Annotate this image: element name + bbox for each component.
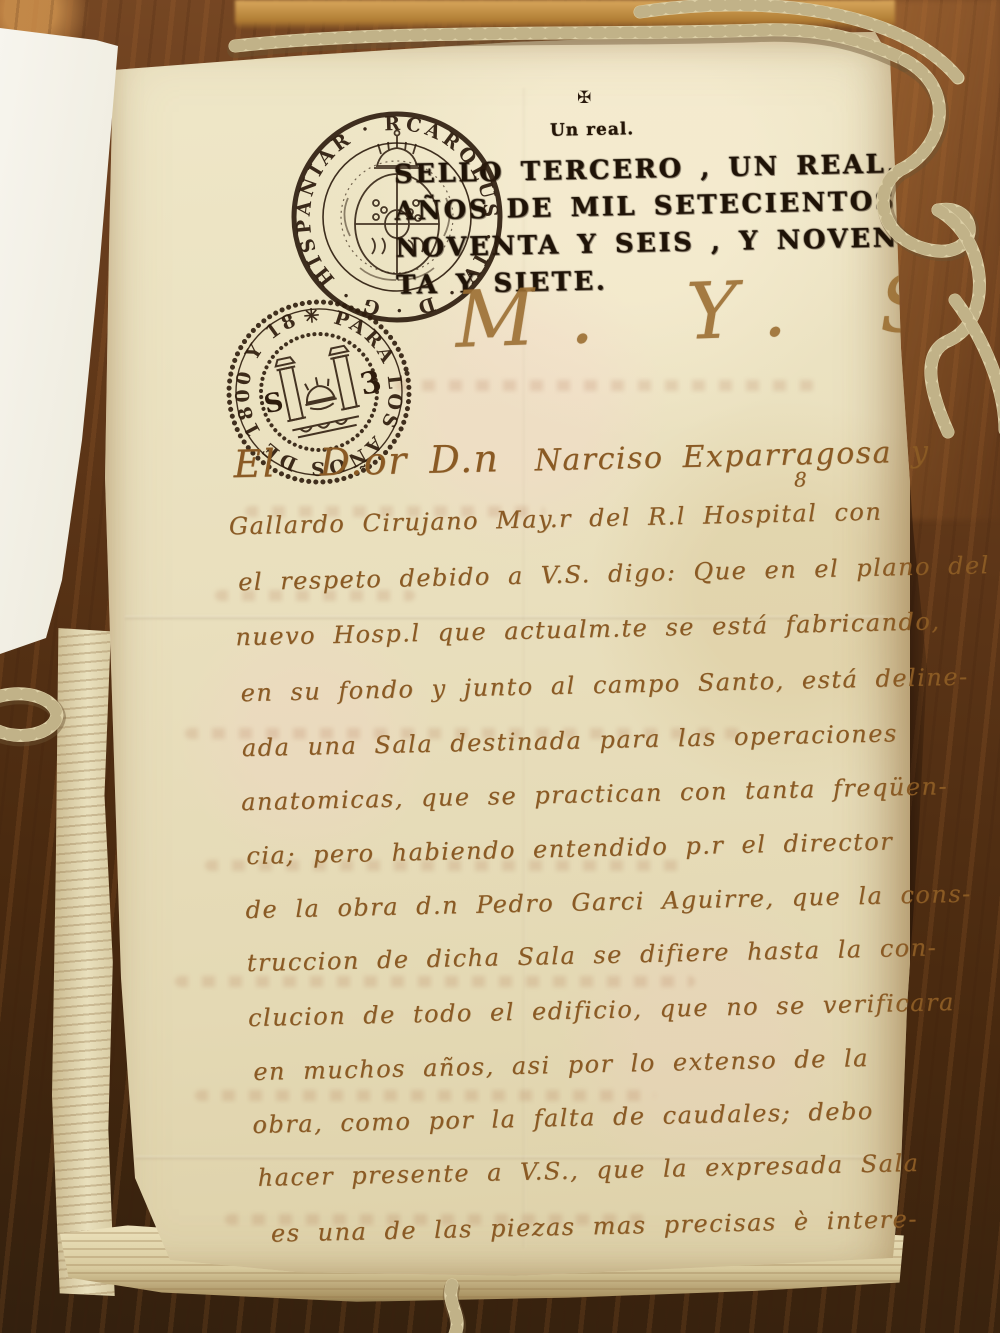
denomination-text: Un real. [550,119,635,140]
ink-bleedthrough [195,1090,655,1101]
ink-bleedthrough [175,976,695,987]
shield-lines [372,238,385,254]
page-stack-left-edge [52,628,116,1296]
pillars-and-crown [274,345,363,439]
crown-band [310,403,334,411]
line1-opening: El [233,441,277,486]
bridge-base [292,416,360,438]
printer-cross-ornament: ✠ [577,88,591,108]
right-pillar [333,356,357,410]
shield-lines [408,238,423,254]
table-gold-edge [235,0,895,30]
ink-bleedthrough [395,380,815,391]
interline-mark: 8 [794,467,809,491]
line1-honorific: D.or D.n [319,436,500,484]
